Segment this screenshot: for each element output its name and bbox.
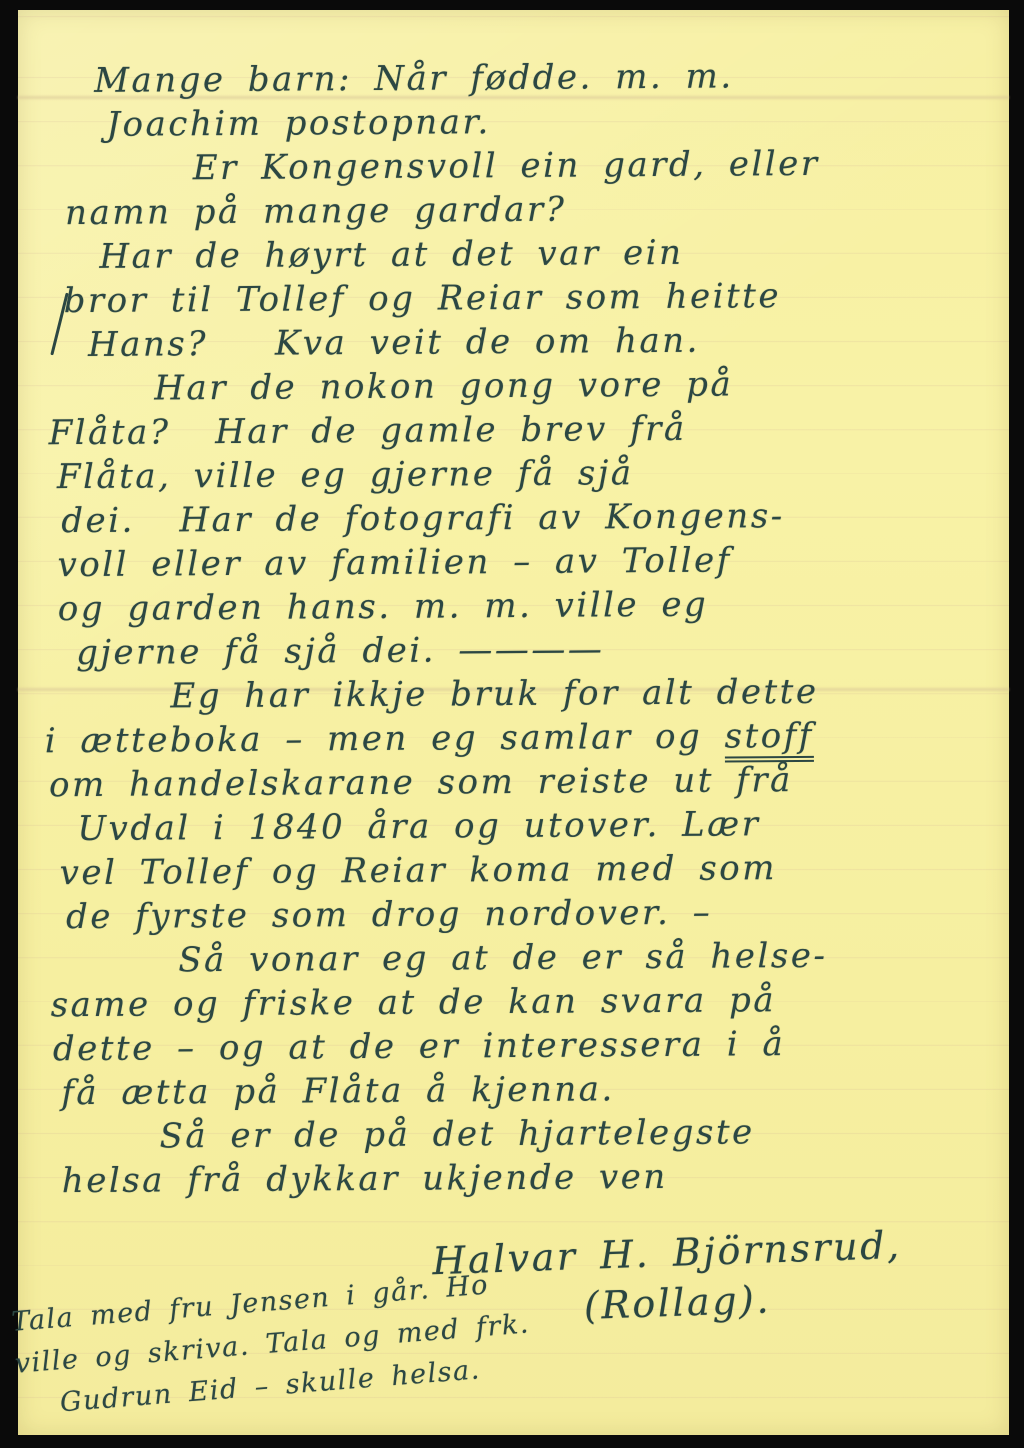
letter-line: voll eller av familien – av Tollef: [57, 537, 1008, 588]
underlined-word: stoff: [724, 716, 814, 763]
letter-line: Joachim postopnar.: [106, 97, 1005, 147]
letter-line: Har de nokon gong vore på: [154, 361, 1007, 411]
letter-line: Mange barn: Når fødde. m. m.: [94, 53, 1005, 103]
letter-line: dei. Har de fotografi av Kongens-: [61, 493, 1008, 544]
letter-line: bror til Tollef og Reiar som heitte: [64, 273, 1007, 324]
letter-body: Mange barn: Når fødde. m. m. Joachim pos…: [14, 53, 1013, 1204]
letter-line: Så er de på det hjartelegste: [159, 1109, 1012, 1159]
letter-line: Flåta, ville eg gjerne få sjå: [57, 449, 1008, 500]
letter-line: Så vonar eg at de er så helse-: [178, 933, 1011, 983]
letter-line-text: i ætteboka – men eg samlar og: [45, 717, 725, 762]
letter-line: gjerne få sjå dei. ————: [76, 625, 1009, 676]
letter-line: om handelskarane som reiste ut frå: [49, 757, 1010, 808]
letter-paper: Mange barn: Når fødde. m. m. Joachim pos…: [18, 10, 1009, 1435]
letter-line: og garden hans. m. m. ville eg: [58, 581, 1009, 632]
signature-place: (Rollag).: [583, 1270, 904, 1331]
letter-line: Er Kongensvoll ein gard, eller: [193, 141, 1006, 191]
letter-line: få ætta på Flåta å kjenna.: [61, 1065, 1012, 1116]
letter-line: helsa frå dykkar ukjende ven: [62, 1153, 1013, 1204]
letter-line: dette – og at de er interessera i å: [53, 1021, 1012, 1072]
letter-line: i ætteboka – men eg samlar og stoff: [45, 713, 1010, 764]
letter-line: same og friske at de kan svara på: [50, 977, 1011, 1028]
scan-frame: Mange barn: Når fødde. m. m. Joachim pos…: [0, 0, 1024, 1448]
letter-line: de fyrste som drog nordover. –: [66, 889, 1011, 940]
letter-line: Hans? Kva veit de om han.: [88, 317, 1007, 367]
letter-line: Flåta? Har de gamle brev frå: [48, 405, 1007, 456]
letter-line: Uvdal i 1840 åra og utover. Lær: [77, 801, 1010, 852]
postscript: Tala med fru Jensen i går. Ho ville og s…: [10, 1261, 535, 1427]
letter-line: namn på mange gardar?: [65, 185, 1006, 236]
letter-line: Eg har ikkje bruk for alt dette: [170, 669, 1009, 719]
letter-line: Har de høyrt at det var ein: [99, 229, 1006, 279]
letter-line: vel Tollef og Reiar koma med som: [60, 845, 1011, 896]
